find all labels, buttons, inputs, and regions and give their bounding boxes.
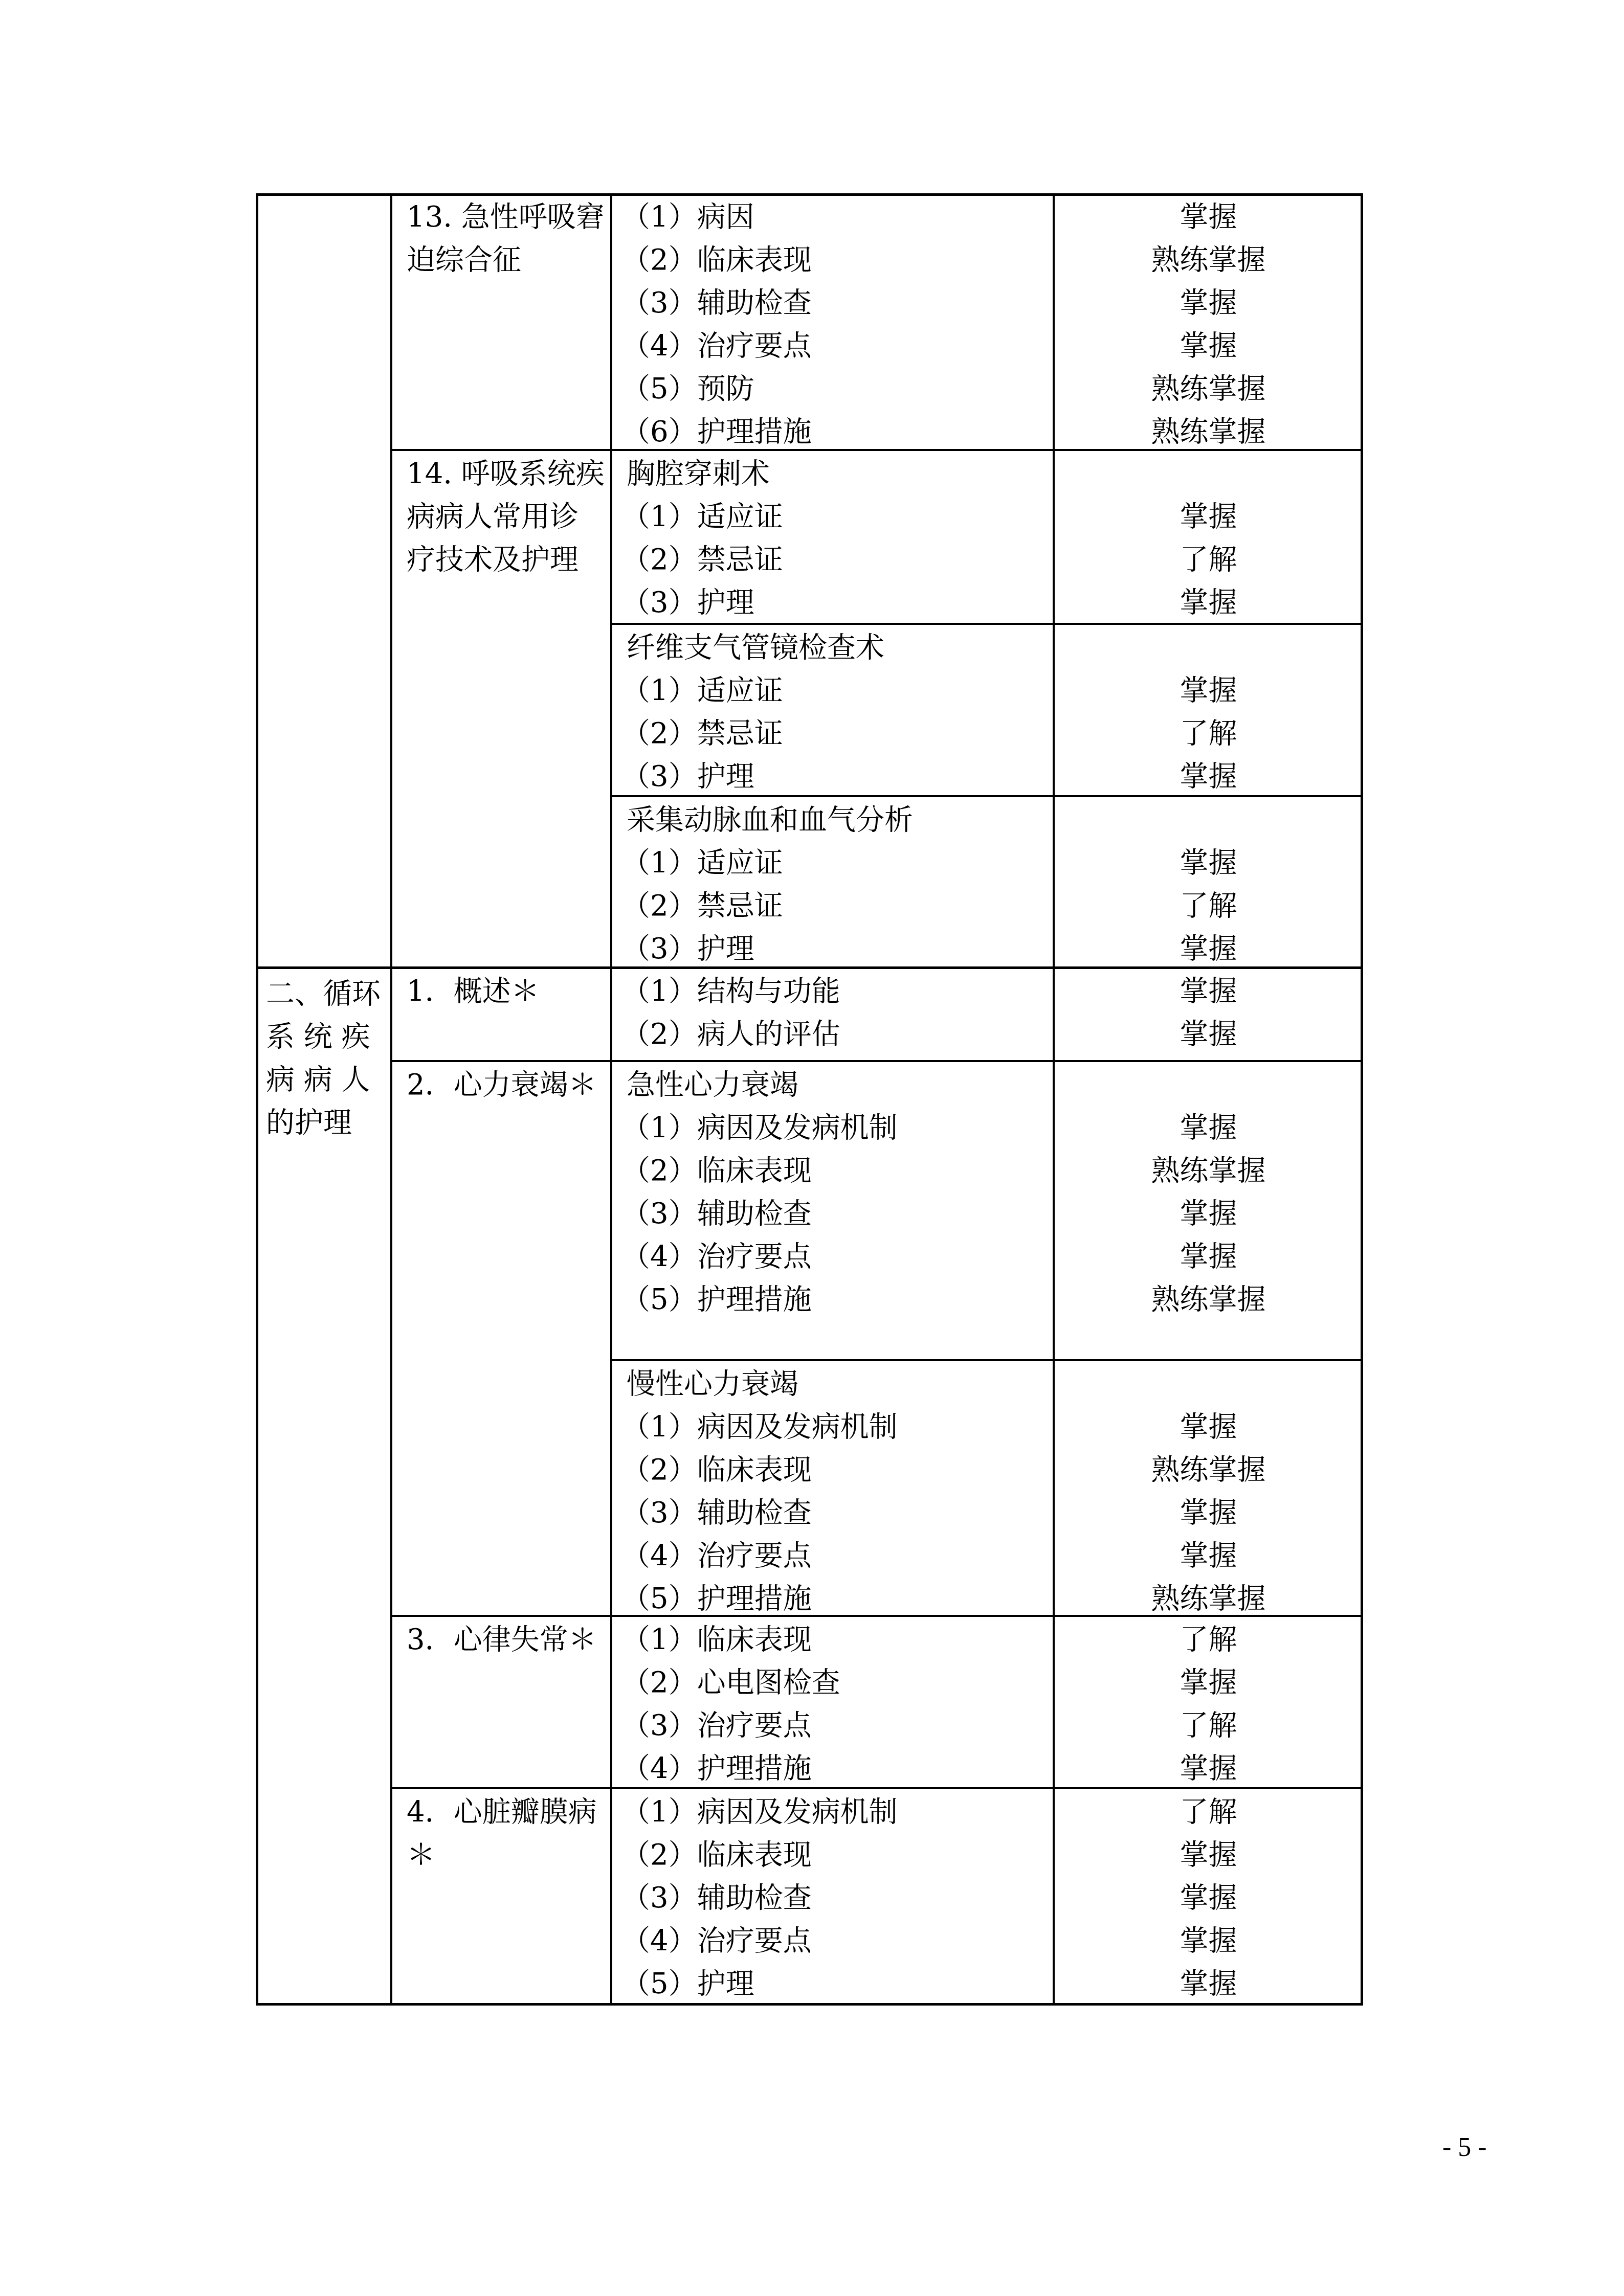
item-text: （3）护理 [621,755,754,798]
item-level: 掌握 [1054,1920,1363,1963]
item-text: （1）病因及发病机制 [621,1107,898,1150]
item-text: （1）临床表现 [621,1618,812,1661]
block-divider [611,1359,1363,1361]
item-text: （1）适应证 [621,669,783,712]
section-label-line: 的护理 [266,1101,352,1144]
item-text: （1）病因及发病机制 [621,1406,898,1449]
item-level: 熟练掌握 [1054,1278,1363,1321]
block-divider [611,623,1363,625]
item-text: （1）病因及发病机制 [621,1791,898,1834]
item-text: （4）治疗要点 [621,325,812,368]
item-text: （2）病人的评估 [621,1013,840,1056]
item-level: 掌握 [1054,669,1363,712]
item-level: 掌握 [1054,1013,1363,1056]
item-text: （1）适应证 [621,842,783,885]
item-text: （4）治疗要点 [621,1920,812,1963]
item-text: （5）护理措施 [621,1578,812,1620]
item-text: （3）辅助检查 [621,1492,812,1535]
item-level: 掌握 [1054,1963,1363,2006]
page-number: - 5 - [1442,2132,1487,2163]
item-level: 掌握 [1054,282,1363,325]
block-heading: 纤维支气管镜检查术 [627,626,884,669]
item-text: （4）治疗要点 [621,1535,812,1578]
item-text: （3）辅助检查 [621,1877,812,1920]
section-divider [256,966,1363,969]
item-level: 掌握 [1054,970,1363,1013]
topic-title-line: 13. 急性呼吸窘 [407,196,605,239]
item-level: 熟练掌握 [1054,411,1363,454]
block-heading: 急性心力衰竭 [627,1064,798,1107]
item-text: （5）预防 [621,368,754,411]
topic-divider [391,449,1363,451]
item-level: 掌握 [1054,1834,1363,1877]
item-text: （3）护理 [621,581,754,624]
item-text: （2）临床表现 [621,1150,812,1192]
topic-title-line: 2．心力衰竭＊ [407,1064,597,1107]
item-level: 掌握 [1054,842,1363,885]
item-level: 熟练掌握 [1054,368,1363,411]
item-text: （2）禁忌证 [621,885,783,928]
block-divider [611,795,1363,797]
topic-title-line: 迫综合征 [407,239,521,282]
item-level: 掌握 [1054,496,1363,538]
item-text: （3）辅助检查 [621,282,812,325]
item-level: 掌握 [1054,1661,1363,1704]
item-text: （1）结构与功能 [621,970,840,1013]
block-heading: 采集动脉血和血气分析 [627,799,913,842]
item-level: 熟练掌握 [1054,1578,1363,1620]
topic-title-line: 4．心脏瓣膜病 [407,1791,597,1834]
item-level: 掌握 [1054,928,1363,971]
topic-title-line: 疗技术及护理 [407,538,579,581]
item-level: 了解 [1054,1791,1363,1834]
item-level: 了解 [1054,1618,1363,1661]
item-text: （3）辅助检查 [621,1192,812,1235]
item-text: （4）护理措施 [621,1747,812,1790]
item-level: 掌握 [1054,1235,1363,1278]
item-text: （6）护理措施 [621,411,812,454]
item-level: 了解 [1054,1704,1363,1747]
item-text: （5）护理 [621,1963,754,2006]
item-level: 掌握 [1054,196,1363,239]
column-divider [610,193,612,2006]
item-level: 掌握 [1054,1877,1363,1920]
topic-title-line: 14. 呼吸系统疾 [407,453,605,496]
item-text: （4）治疗要点 [621,1235,812,1278]
item-level: 掌握 [1054,1747,1363,1790]
topic-title-line: 1．概述＊ [407,970,540,1013]
item-text: （3）治疗要点 [621,1704,812,1747]
topic-divider [391,1060,1363,1062]
item-level: 掌握 [1054,755,1363,798]
item-text: （5）护理措施 [621,1278,812,1321]
item-level: 熟练掌握 [1054,239,1363,282]
item-text: （3）护理 [621,928,754,971]
topic-title-line: 病病人常用诊 [407,496,579,538]
section-label-line: 系 统 疾 [266,1016,370,1059]
topic-title-line: 3．心律失常＊ [407,1618,597,1661]
item-level: 熟练掌握 [1054,1449,1363,1492]
item-text: （2）临床表现 [621,1834,812,1877]
section-label-line: 二、循环 [266,973,381,1016]
column-divider [390,193,392,2006]
item-text: （2）临床表现 [621,239,812,282]
item-text: （2）临床表现 [621,1449,812,1492]
item-level: 了解 [1054,885,1363,928]
item-level: 掌握 [1054,1192,1363,1235]
item-level: 掌握 [1054,1107,1363,1150]
item-text: （1）病因 [621,196,754,239]
item-level: 掌握 [1054,1406,1363,1449]
item-text: （2）心电图检查 [621,1661,840,1704]
item-text: （1）适应证 [621,496,783,538]
item-text: （2）禁忌证 [621,712,783,755]
item-level: 了解 [1054,712,1363,755]
topic-divider [391,1787,1363,1789]
item-level: 掌握 [1054,581,1363,624]
topic-title-line: ＊ [407,1834,435,1877]
item-level: 熟练掌握 [1054,1150,1363,1192]
item-level: 掌握 [1054,1492,1363,1535]
item-level: 掌握 [1054,325,1363,368]
block-heading: 胸腔穿刺术 [627,453,770,496]
item-level: 了解 [1054,538,1363,581]
block-heading: 慢性心力衰竭 [627,1363,798,1406]
topic-divider [391,1615,1363,1617]
section-label-line: 病 病 人 [266,1059,370,1101]
item-text: （2）禁忌证 [621,538,783,581]
item-level: 掌握 [1054,1535,1363,1578]
